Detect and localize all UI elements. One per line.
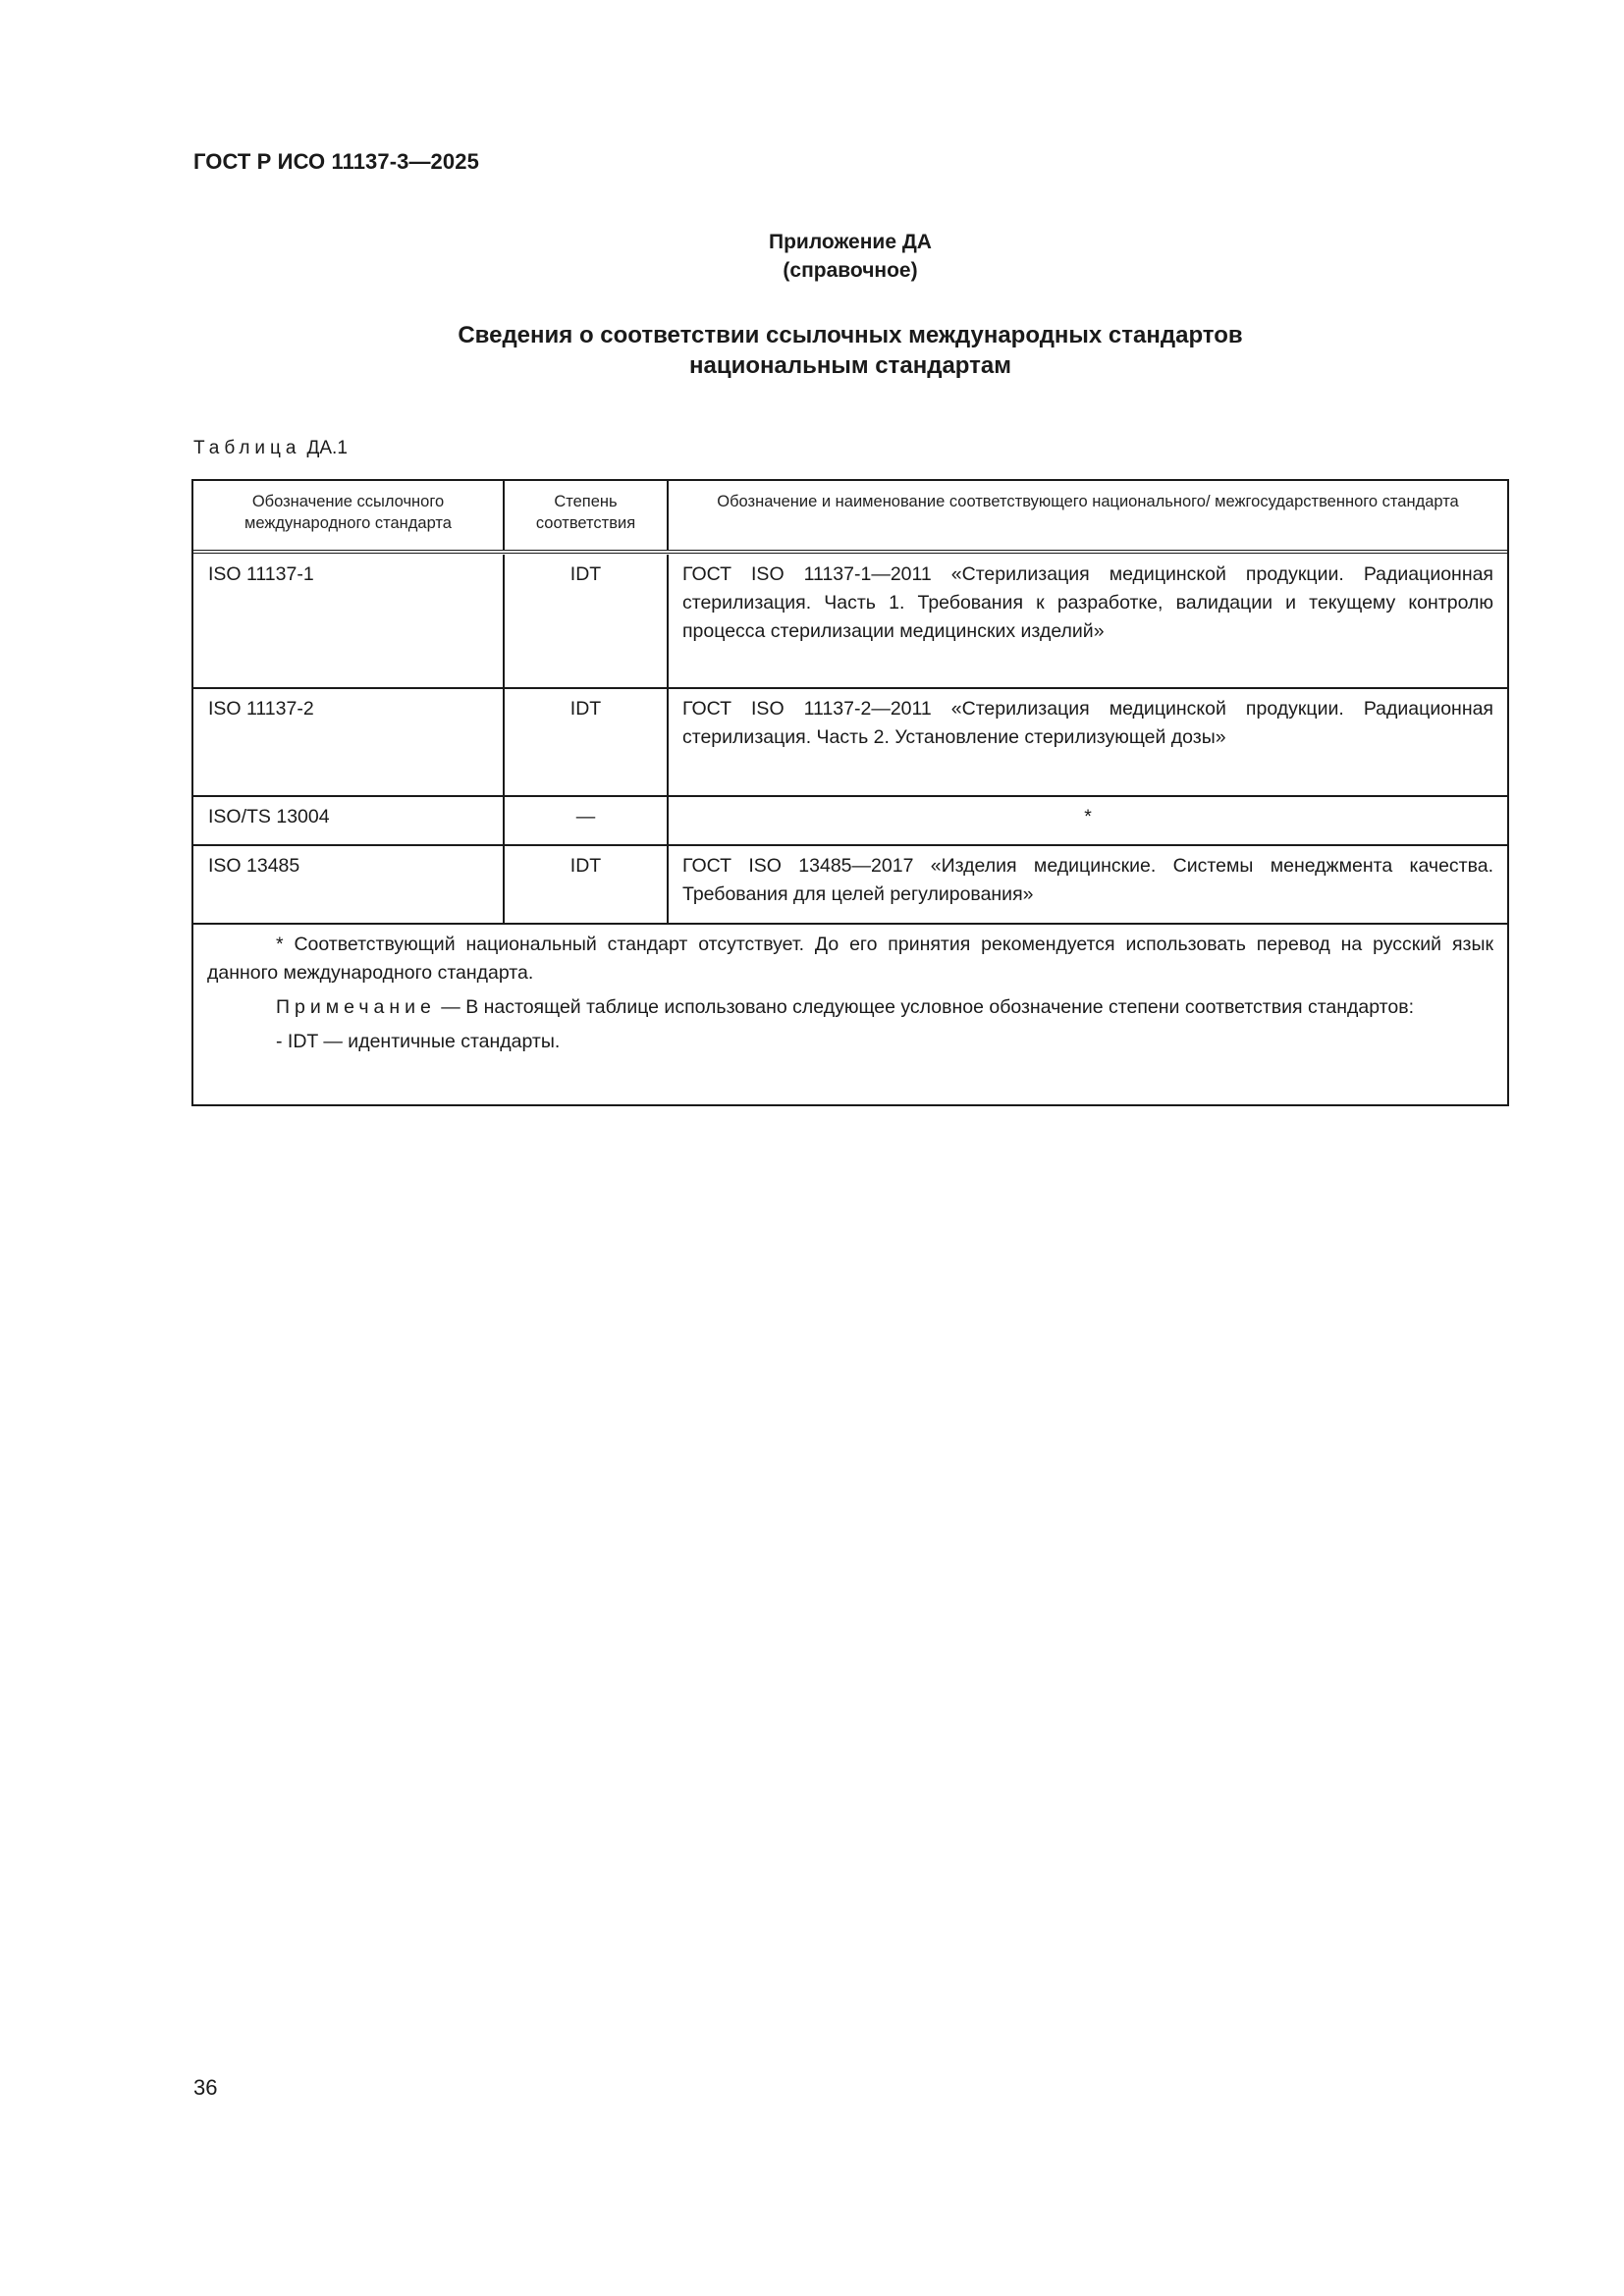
section-heading: Сведения о соответствии ссылочных междун… — [191, 320, 1509, 381]
table-note: Примечание — В настоящей таблице использ… — [207, 993, 1493, 1022]
degree-cell: IDT — [505, 555, 669, 687]
section-heading-line-1: Сведения о соответствии ссылочных междун… — [191, 320, 1509, 350]
header-national-standard: Обозначение и наименование соответствующ… — [669, 481, 1507, 550]
header-double-rule — [193, 553, 1507, 554]
table-row: ISO/TS 13004 — * — [193, 797, 1507, 846]
ref-standard-cell: ISO 13485 — [193, 846, 505, 923]
table-footnote: * Соответствующий национальный стандарт … — [207, 931, 1493, 988]
national-standard-cell: ГОСТ ISO 11137-2—2011 «Стерилизация меди… — [669, 689, 1507, 795]
table-caption: ТаблицаДА.1 — [193, 438, 348, 459]
correspondence-table: Обозначение ссылочного международного ст… — [191, 479, 1509, 1106]
page-number: 36 — [193, 2075, 217, 2101]
header-degree: Степень соответствия — [505, 481, 669, 550]
national-standard-cell: ГОСТ ISO 13485—2017 «Изделия медицинские… — [669, 846, 1507, 923]
national-standard-cell: * — [669, 797, 1507, 844]
table-row: ISO 13485 IDT ГОСТ ISO 13485—2017 «Издел… — [193, 846, 1507, 925]
note-label: Примечание — [276, 996, 436, 1018]
document-code-header: ГОСТ Р ИСО 11137-3—2025 — [193, 149, 479, 175]
degree-cell: IDT — [505, 846, 669, 923]
table-notes: * Соответствующий национальный стандарт … — [193, 925, 1507, 1104]
table-caption-word: Таблица — [193, 438, 301, 458]
section-heading-line-2: национальным стандартам — [191, 350, 1509, 381]
ref-standard-cell: ISO 11137-2 — [193, 689, 505, 795]
ref-standard-cell: ISO/TS 13004 — [193, 797, 505, 844]
degree-cell: IDT — [505, 689, 669, 795]
legend-item-idt: - IDT — идентичные стандарты. — [207, 1028, 1493, 1056]
ref-standard-cell: ISO 11137-1 — [193, 555, 505, 687]
degree-cell: — — [505, 797, 669, 844]
table-caption-number: ДА.1 — [307, 438, 348, 458]
header-ref-standard: Обозначение ссылочного международного ст… — [193, 481, 505, 550]
annex-title: Приложение ДА — [191, 228, 1509, 256]
table-row: ISO 11137-2 IDT ГОСТ ISO 11137-2—2011 «С… — [193, 689, 1507, 797]
annex-title-block: Приложение ДА (справочное) — [191, 228, 1509, 285]
table-header-row: Обозначение ссылочного международного ст… — [193, 481, 1507, 551]
table-row: ISO 11137-1 IDT ГОСТ ISO 11137-1—2011 «С… — [193, 555, 1507, 689]
national-standard-cell: ГОСТ ISO 11137-1—2011 «Стерилизация меди… — [669, 555, 1507, 687]
annex-status: (справочное) — [191, 256, 1509, 285]
note-text: — В настоящей таблице использовано следу… — [436, 996, 1414, 1018]
